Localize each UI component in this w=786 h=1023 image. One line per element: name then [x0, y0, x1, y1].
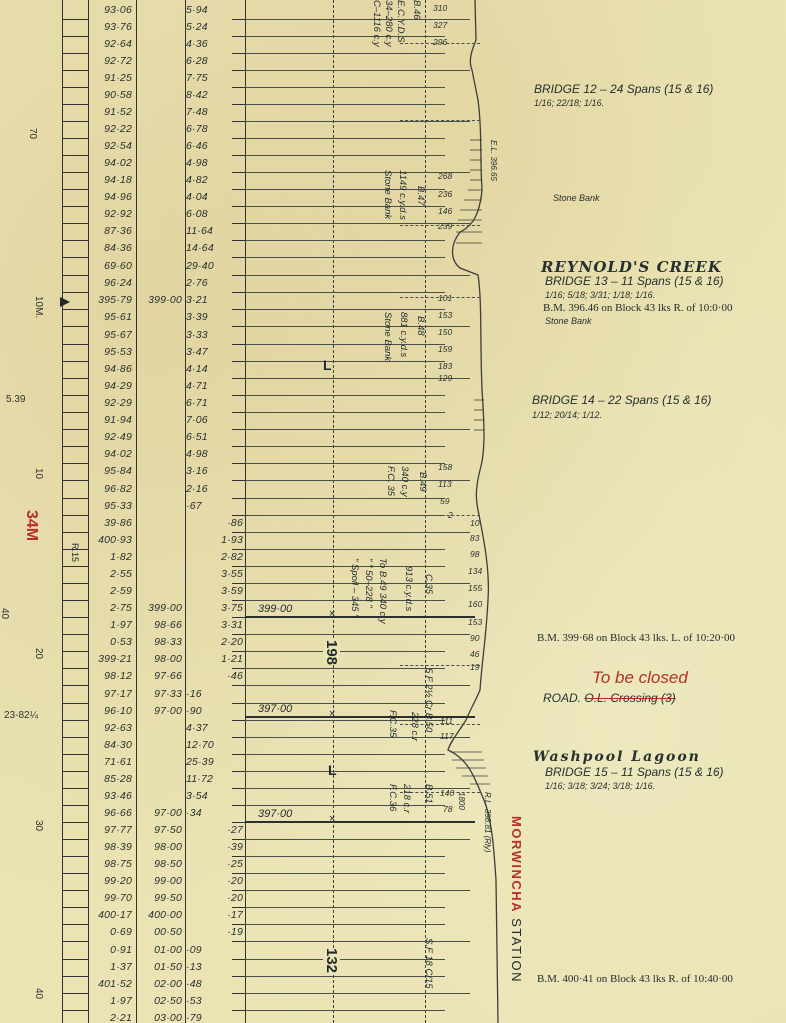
earthwork-note: 228 c.r: [409, 712, 420, 741]
formation-level: 01·50: [136, 961, 182, 973]
grid-line: [245, 172, 470, 173]
ground-level: 399·21: [88, 653, 132, 665]
fill-depth: 2·82: [212, 551, 243, 563]
road-label: ROAD. O.L. Crossing (3): [543, 691, 676, 705]
profile-number: 46: [470, 649, 479, 659]
formation-level: 98·50: [136, 858, 182, 870]
cut-depth: ·79: [186, 1012, 216, 1023]
ground-level: 92·49: [88, 431, 132, 443]
earthwork-note: 913 c.y.d.s: [403, 566, 414, 611]
formation-level: 399·00: [136, 602, 182, 614]
depth-tick: [232, 1010, 245, 1011]
ground-level: 401·52: [88, 978, 132, 990]
road-prefix: ROAD.: [543, 691, 581, 705]
grid-line: [245, 959, 445, 960]
ground-level: 84·30: [88, 739, 132, 751]
dashed-guide: [400, 43, 480, 44]
chainage-tick: [62, 788, 88, 789]
depth-tick: [232, 771, 245, 772]
chainage-tick: [62, 138, 88, 139]
depth-tick: [232, 240, 245, 241]
depth-tick: [232, 257, 245, 258]
earthwork-note: To B.49 340 c.y: [377, 558, 388, 624]
earthwork-note: E.C.Y.D.S: [395, 0, 406, 42]
formation-level: 97·00: [136, 807, 182, 819]
ground-level: 95·53: [88, 346, 132, 358]
station-label: MORWINCHA STATION: [509, 816, 524, 983]
ground-level: 91·25: [88, 72, 132, 84]
chainage-tick: [62, 566, 88, 567]
cut-depth: 7·06: [186, 414, 216, 426]
chainage-tick: [62, 976, 88, 977]
ground-level: 98·12: [88, 670, 132, 682]
grid-line: [245, 429, 470, 430]
ground-level: 92·22: [88, 123, 132, 135]
ground-level: 69·60: [88, 260, 132, 272]
gradient-label: 132: [323, 948, 340, 973]
ground-level: 395·79: [88, 294, 132, 306]
earthwork-note: B.47: [415, 186, 426, 206]
ground-level: 1·97: [88, 995, 132, 1007]
tick-column-left-border: [62, 0, 63, 1023]
earthwork-note: B.49: [417, 472, 428, 492]
chainage-tick: [62, 737, 88, 738]
earthwork-note: B.46: [411, 0, 422, 20]
station-name: MORWINCHA: [509, 816, 524, 913]
cut-depth: 7·75: [186, 72, 216, 84]
chainage-tick: [62, 104, 88, 105]
formation-level: 02·50: [136, 995, 182, 1007]
depth-tick: [232, 429, 245, 430]
intersection-cross-icon: ×: [329, 608, 335, 620]
cut-depth: 8·42: [186, 89, 216, 101]
depth-tick: [232, 326, 245, 327]
grid-line: [245, 993, 470, 994]
ground-level: 93·76: [88, 21, 132, 33]
cut-depth: 5·24: [186, 21, 216, 33]
formation-level: 97·50: [136, 824, 182, 836]
chainage-tick: [62, 685, 88, 686]
chainage-tick: [62, 87, 88, 88]
depth-tick: [232, 206, 245, 207]
edge-note: R.L. 398.81 (Rly): [483, 792, 492, 852]
bridge-14-title: BRIDGE 14 – 22 Spans (15 & 16): [532, 393, 711, 407]
grid-line: [245, 344, 445, 345]
formation-level: 01·00: [136, 944, 182, 956]
depth-tick: [232, 463, 245, 464]
formation-level: 400·00: [136, 909, 182, 921]
cut-depth: 3·16: [186, 465, 216, 477]
grid-line: [245, 53, 445, 54]
bridge-13-title: BRIDGE 13 – 11 Spans (15 & 16): [545, 274, 724, 288]
chainage-tick: [62, 378, 88, 379]
grade-change-mark: L: [328, 762, 337, 778]
ground-level: 99·70: [88, 892, 132, 904]
road-correction-note: To be closed: [592, 668, 688, 688]
grid-line: [245, 463, 445, 464]
dashed-guide: [400, 515, 480, 516]
chainage-tick: [62, 515, 88, 516]
chainage-tick: [62, 121, 88, 122]
depth-tick: [232, 19, 245, 20]
depth-tick: [232, 754, 245, 755]
cut-depth: 6·71: [186, 397, 216, 409]
margin-label: 20: [33, 648, 44, 659]
earthwork-note: B.48: [415, 316, 426, 336]
bridge-15-title: BRIDGE 15 – 11 Spans (15 & 16): [545, 765, 724, 779]
ground-level: 2·59: [88, 585, 132, 597]
cut-depth: 6·46: [186, 140, 216, 152]
ground-level: 94·86: [88, 363, 132, 375]
cut-depth: 4·82: [186, 174, 216, 186]
ground-level: 98·75: [88, 858, 132, 870]
chainage-tick: [62, 172, 88, 173]
chainage-tick: [62, 70, 88, 71]
depth-tick: [232, 890, 245, 891]
depth-tick: [232, 378, 245, 379]
ground-level: 95·84: [88, 465, 132, 477]
fill-depth: ·27: [212, 824, 243, 836]
ground-level: 93·06: [88, 4, 132, 16]
ground-level: 400·17: [88, 909, 132, 921]
chainage-tick: [62, 189, 88, 190]
chainage-tick: [62, 206, 88, 207]
grid-line: [245, 890, 470, 891]
chainage-tick: [62, 668, 88, 669]
depth-tick: [232, 720, 245, 721]
chainage-tick: [62, 754, 88, 755]
cut-depth: 6·28: [186, 55, 216, 67]
formation-level: 98·33: [136, 636, 182, 648]
ground-level: 98·39: [88, 841, 132, 853]
margin-label: 40: [33, 988, 44, 999]
ground-level: 92·92: [88, 208, 132, 220]
fill-depth: 2·20: [212, 636, 243, 648]
profile-number: 236: [438, 189, 452, 199]
chainage-tick: [62, 498, 88, 499]
cut-depth: 7·48: [186, 106, 216, 118]
cut-depth: 4·36: [186, 38, 216, 50]
depth-tick: [232, 395, 245, 396]
depth-tick: [232, 189, 245, 190]
depth-tick: [232, 566, 245, 567]
formation-level: 98·00: [136, 841, 182, 853]
chainage-tick: [62, 257, 88, 258]
grid-line: [245, 240, 445, 241]
chainage-tick: [62, 907, 88, 908]
grid-line: [245, 924, 445, 925]
profile-number: 150: [438, 327, 452, 337]
grid-line: [245, 309, 445, 310]
dashed-guide: [400, 297, 480, 298]
cut-depth: 6·78: [186, 123, 216, 135]
profile-number: 153: [468, 617, 482, 627]
ground-level: 97·17: [88, 688, 132, 700]
fill-depth: 1·21: [212, 653, 243, 665]
grid-line: [245, 275, 470, 276]
ground-level: 0·69: [88, 926, 132, 938]
ground-level: 92·64: [88, 38, 132, 50]
depth-tick: [232, 36, 245, 37]
chainage-tick: [62, 890, 88, 891]
profile-number: 19: [470, 662, 479, 672]
grid-line: [245, 446, 445, 447]
chainage-tick: [62, 822, 88, 823]
chainage-tick: [62, 223, 88, 224]
formation-level: 98·66: [136, 619, 182, 631]
depth-tick: [232, 532, 245, 533]
grid-line: [245, 412, 445, 413]
chainage-tick: [62, 839, 88, 840]
formation-level: 00·50: [136, 926, 182, 938]
profile-number: 160: [468, 599, 482, 609]
stone-bank-note: Stone Bank: [553, 193, 600, 203]
ground-level: 2·75: [88, 602, 132, 614]
grid-line: [245, 549, 445, 550]
bridge-12-spans: 1/16; 22/18; 1/16.: [534, 98, 604, 108]
depth-tick: [232, 155, 245, 156]
profile-number: 153: [438, 310, 452, 320]
profile-number: 296: [433, 37, 447, 47]
profile-number: 310: [433, 3, 447, 13]
grid-line: [245, 480, 470, 481]
grid-line: [245, 70, 470, 71]
depth-tick: [232, 53, 245, 54]
chainage-tick: [62, 36, 88, 37]
cut-depth: 4·98: [186, 157, 216, 169]
chainage-tick: [62, 941, 88, 942]
chainage-tick: [62, 856, 88, 857]
grid-line: [245, 634, 470, 635]
chainage-tick: [62, 873, 88, 874]
chainage-tick: [62, 703, 88, 704]
cut-depth: ·09: [186, 944, 216, 956]
ground-level: 71·61: [88, 756, 132, 768]
grid-line: [245, 737, 470, 738]
fill-depth: 3·75: [212, 602, 243, 614]
cut-depth: 4·37: [186, 722, 216, 734]
cut-depth: 2·16: [186, 483, 216, 495]
chainage-tick: [62, 155, 88, 156]
chainage-tick: [62, 480, 88, 481]
profile-number: 129: [438, 373, 452, 383]
ground-level: 94·02: [88, 157, 132, 169]
fill-depth: 3·31: [212, 619, 243, 631]
depth-tick: [232, 873, 245, 874]
benchmark-3: B.M. 400·41 on Block 43 lks R. of 10:40·…: [537, 973, 733, 985]
depth-tick: [232, 344, 245, 345]
chainage-tick: [62, 53, 88, 54]
edge-note: E.L. 396.65: [489, 140, 498, 181]
earthwork-note: Stone Bank: [382, 170, 393, 219]
chainage-tick: [62, 429, 88, 430]
grade-change-mark: L: [323, 357, 332, 373]
cut-depth: 4·14: [186, 363, 216, 375]
dashed-guide: [400, 792, 480, 793]
earthwork-note: " Spoil – 345 ": [349, 558, 360, 618]
profile-number: 327: [433, 20, 447, 30]
dashed-guide: [400, 225, 480, 226]
fill-depth: ·46: [212, 670, 243, 682]
grid-line: [245, 326, 470, 327]
chainage-tick: [62, 361, 88, 362]
chainage-tick: [62, 771, 88, 772]
profile-number: 101: [438, 293, 452, 303]
cut-depth: 6·51: [186, 431, 216, 443]
profile-number: 159: [438, 344, 452, 354]
earthwork-note: 1149 c.y.d.s: [397, 170, 408, 220]
grid-line: [245, 566, 445, 567]
cut-depth: ·90: [186, 705, 216, 717]
earthwork-note: B.51: [423, 784, 434, 804]
grid-line: [245, 771, 445, 772]
formation-level: 03·00: [136, 1012, 182, 1023]
cut-depth: 3·33: [186, 329, 216, 341]
grid-line: [245, 378, 470, 379]
washpool-lagoon-label: Washpool Lagoon: [533, 749, 701, 765]
depth-tick: [232, 685, 245, 686]
grid-line: [245, 292, 445, 293]
ground-level: 92·29: [88, 397, 132, 409]
chainage-tick: [62, 634, 88, 635]
profile-number: 268: [438, 171, 452, 181]
grid-line: [245, 941, 470, 942]
ground-level: 95·33: [88, 500, 132, 512]
profile-number: 158: [438, 462, 452, 472]
depth-tick: [232, 583, 245, 584]
earthwork-note: 340 c.y: [399, 466, 410, 497]
profile-number: 10: [470, 518, 479, 528]
profile-number: 183: [438, 361, 452, 371]
cut-depth: 3·21: [186, 294, 216, 306]
depth-tick: [232, 498, 245, 499]
depth-tick: [232, 412, 245, 413]
ground-level: 94·02: [88, 448, 132, 460]
depth-tick: [232, 959, 245, 960]
bridge-14-spans: 1/12; 20/14; 1/12.: [532, 410, 602, 420]
fill-depth: ·86: [212, 517, 243, 529]
formation-level: 97·66: [136, 670, 182, 682]
profile-number: 140: [440, 788, 454, 798]
formation-level: 98·00: [136, 653, 182, 665]
ground-level: 93·46: [88, 790, 132, 802]
cut-depth: 4·98: [186, 448, 216, 460]
chainage-tick: [62, 309, 88, 310]
depth-tick: [232, 941, 245, 942]
profile-number: 113: [438, 479, 452, 489]
cut-depth: ·67: [186, 500, 216, 512]
profile-number: 146: [438, 206, 452, 216]
depth-tick: [232, 70, 245, 71]
earthwork-note: C–1116 c.y: [371, 0, 382, 47]
ground-level: 92·63: [88, 722, 132, 734]
grid-line: [245, 668, 445, 669]
cut-depth: ·16: [186, 688, 216, 700]
intersection-cross-icon: ×: [329, 708, 335, 720]
cut-depth: 2·76: [186, 277, 216, 289]
cut-depth: 12·70: [186, 739, 216, 751]
depth-tick: [232, 87, 245, 88]
ground-level: 2·21: [88, 1012, 132, 1023]
earthwork-note: " " 50–228 ": [363, 558, 374, 608]
ground-level: 39·86: [88, 517, 132, 529]
chainage-tick: [62, 583, 88, 584]
grid-line: [245, 856, 445, 857]
earthwork-note: 881 c.y.d.s: [398, 312, 409, 357]
ground-level: 400·93: [88, 534, 132, 546]
ground-level: 94·18: [88, 174, 132, 186]
depth-tick: [232, 515, 245, 516]
ground-level: 97·77: [88, 824, 132, 836]
earthwork-note: C.35: [423, 574, 434, 594]
fill-depth: ·20: [212, 875, 243, 887]
earthwork-note: Stone Bank: [382, 312, 393, 361]
chainage-tick: [62, 395, 88, 396]
earthwork-note: 34–280 c.y: [383, 0, 394, 46]
chainage-tick: [62, 720, 88, 721]
formation-line: [245, 616, 475, 618]
ground-level: 2·55: [88, 568, 132, 580]
cut-depth: 5·94: [186, 4, 216, 16]
depth-tick: [232, 788, 245, 789]
grid-line: [245, 155, 445, 156]
depth-tick: [232, 993, 245, 994]
depth-tick: [232, 275, 245, 276]
centre-line: [333, 0, 334, 1023]
chainage-tick: [62, 240, 88, 241]
mile-peg-arrow-icon: [60, 297, 72, 307]
chainage-tick: [62, 326, 88, 327]
chainage-tick: [62, 805, 88, 806]
chainage-tick: [62, 600, 88, 601]
profile-number: 239: [438, 221, 452, 231]
ground-level: 0·91: [88, 944, 132, 956]
edge-note: 1800: [457, 792, 466, 810]
margin-label: 10: [33, 468, 44, 479]
cut-depth: 25·39: [186, 756, 216, 768]
depth-tick: [232, 976, 245, 977]
cut-depth: 29·40: [186, 260, 216, 272]
chainage-tick: [62, 275, 88, 276]
depth-tick: [232, 292, 245, 293]
fill-depth: 3·55: [212, 568, 243, 580]
cut-depth: 3·39: [186, 311, 216, 323]
earthwork-note: 218 c.r: [401, 784, 412, 813]
depth-tick: [232, 822, 245, 823]
formation-level-label: 397·00: [258, 703, 292, 715]
margin-label: 70: [27, 128, 38, 139]
dashed-guide: [400, 665, 480, 666]
ground-level: 85·28: [88, 773, 132, 785]
fill-depth: ·17: [212, 909, 243, 921]
depth-tick: [232, 549, 245, 550]
grid-line: [245, 87, 445, 88]
depth-tick: [232, 600, 245, 601]
depth-tick: [232, 446, 245, 447]
cut-depth: ·34: [186, 807, 216, 819]
cut-depth: ·13: [186, 961, 216, 973]
profile-number: 90: [470, 633, 479, 643]
cut-depth: ·48: [186, 978, 216, 990]
formation-level: 97·33: [136, 688, 182, 700]
depth-column-right-border: [245, 0, 246, 1023]
margin-label: 10M.: [33, 296, 44, 318]
depth-tick: [232, 138, 245, 139]
ground-level: 91·52: [88, 106, 132, 118]
fill-depth: 3·59: [212, 585, 243, 597]
chainage-tick: [62, 924, 88, 925]
chainage-tick: [62, 993, 88, 994]
